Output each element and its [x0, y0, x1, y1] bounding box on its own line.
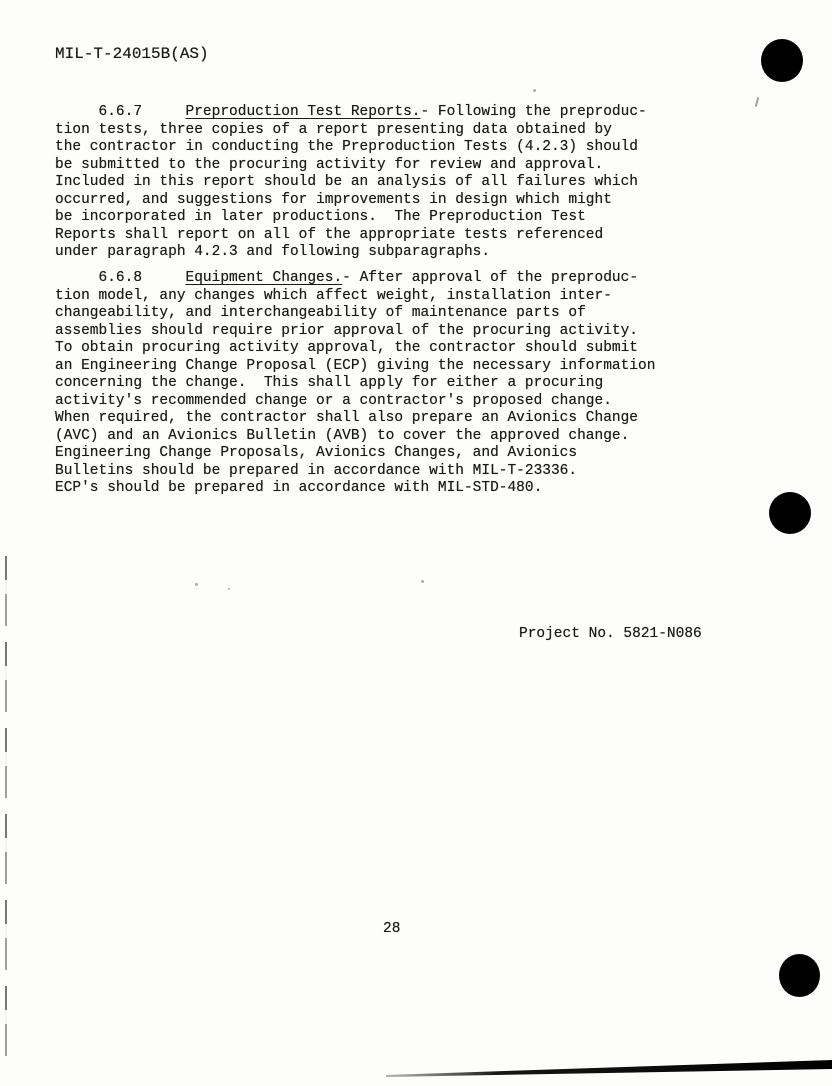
punch-hole-mark-bottom [779, 954, 820, 997]
scan-speck [195, 583, 198, 586]
text-line: tion tests, three copies of a report pre… [55, 122, 647, 140]
text-line: changeability, and interchangeability of… [55, 305, 655, 323]
text-line: tion model, any changes which affect wei… [55, 288, 655, 306]
paragraph-heading-line: 6.6.7 Preproduction Test Reports.- Follo… [55, 104, 647, 122]
punch-hole-mark-middle [769, 492, 811, 534]
page-number: 28 [383, 921, 400, 939]
paragraph-heading-line: 6.6.8 Equipment Changes.- After approval… [55, 270, 655, 288]
text-line: concerning the change. This shall apply … [55, 375, 655, 393]
text-line: an Engineering Change Proposal (ECP) giv… [55, 358, 655, 376]
text-line: To obtain procuring activity approval, t… [55, 340, 655, 358]
paragraph-title-underlined: Preproduction Test Reports. [186, 104, 421, 120]
paragraph-title-underlined: Equipment Changes. [186, 270, 343, 286]
paragraph-indent-and-number: 6.6.7 [55, 104, 186, 120]
punch-hole-mark-top [761, 39, 803, 82]
text-line: assemblies should require prior approval… [55, 323, 655, 341]
text-line: Bulletins should be prepared in accordan… [55, 463, 655, 481]
text-line: Engineering Change Proposals, Avionics C… [55, 445, 655, 463]
scan-speck [228, 588, 230, 590]
text-line: Included in this report should be an ana… [55, 174, 647, 192]
paragraph-first-line-rest: - Following the preproduc- [420, 104, 646, 120]
paragraph-6-6-8: 6.6.8 Equipment Changes.- After approval… [55, 270, 655, 498]
text-line: be incorporated in later productions. Th… [55, 209, 647, 227]
paragraph-indent-and-number: 6.6.8 [55, 270, 186, 286]
text-line: activity's recommended change or a contr… [55, 393, 655, 411]
text-line: the contractor in conducting the Preprod… [55, 139, 647, 157]
paragraph-6-6-7: 6.6.7 Preproduction Test Reports.- Follo… [55, 104, 647, 262]
scanned-document-page: MIL-T-24015B(AS) 6.6.7 Preproduction Tes… [0, 0, 832, 1086]
text-line: When required, the contractor shall also… [55, 410, 655, 428]
text-line: occurred, and suggestions for improvemen… [55, 192, 647, 210]
left-scan-edge-line [5, 556, 7, 1064]
text-line: (AVC) and an Avionics Bulletin (AVB) to … [55, 428, 655, 446]
text-line: under paragraph 4.2.3 and following subp… [55, 244, 647, 262]
scan-speck [755, 97, 760, 107]
text-line: be submitted to the procuring activity f… [55, 157, 647, 175]
scan-speck [421, 580, 424, 583]
text-line: ECP's should be prepared in accordance w… [55, 480, 655, 498]
text-line: Reports shall report on all of the appro… [55, 227, 647, 245]
project-number: Project No. 5821-N086 [519, 626, 702, 644]
document-id-header: MIL-T-24015B(AS) [55, 45, 209, 63]
paragraph-first-line-rest: - After approval of the preproduc- [342, 270, 638, 286]
scan-speck [533, 89, 536, 92]
